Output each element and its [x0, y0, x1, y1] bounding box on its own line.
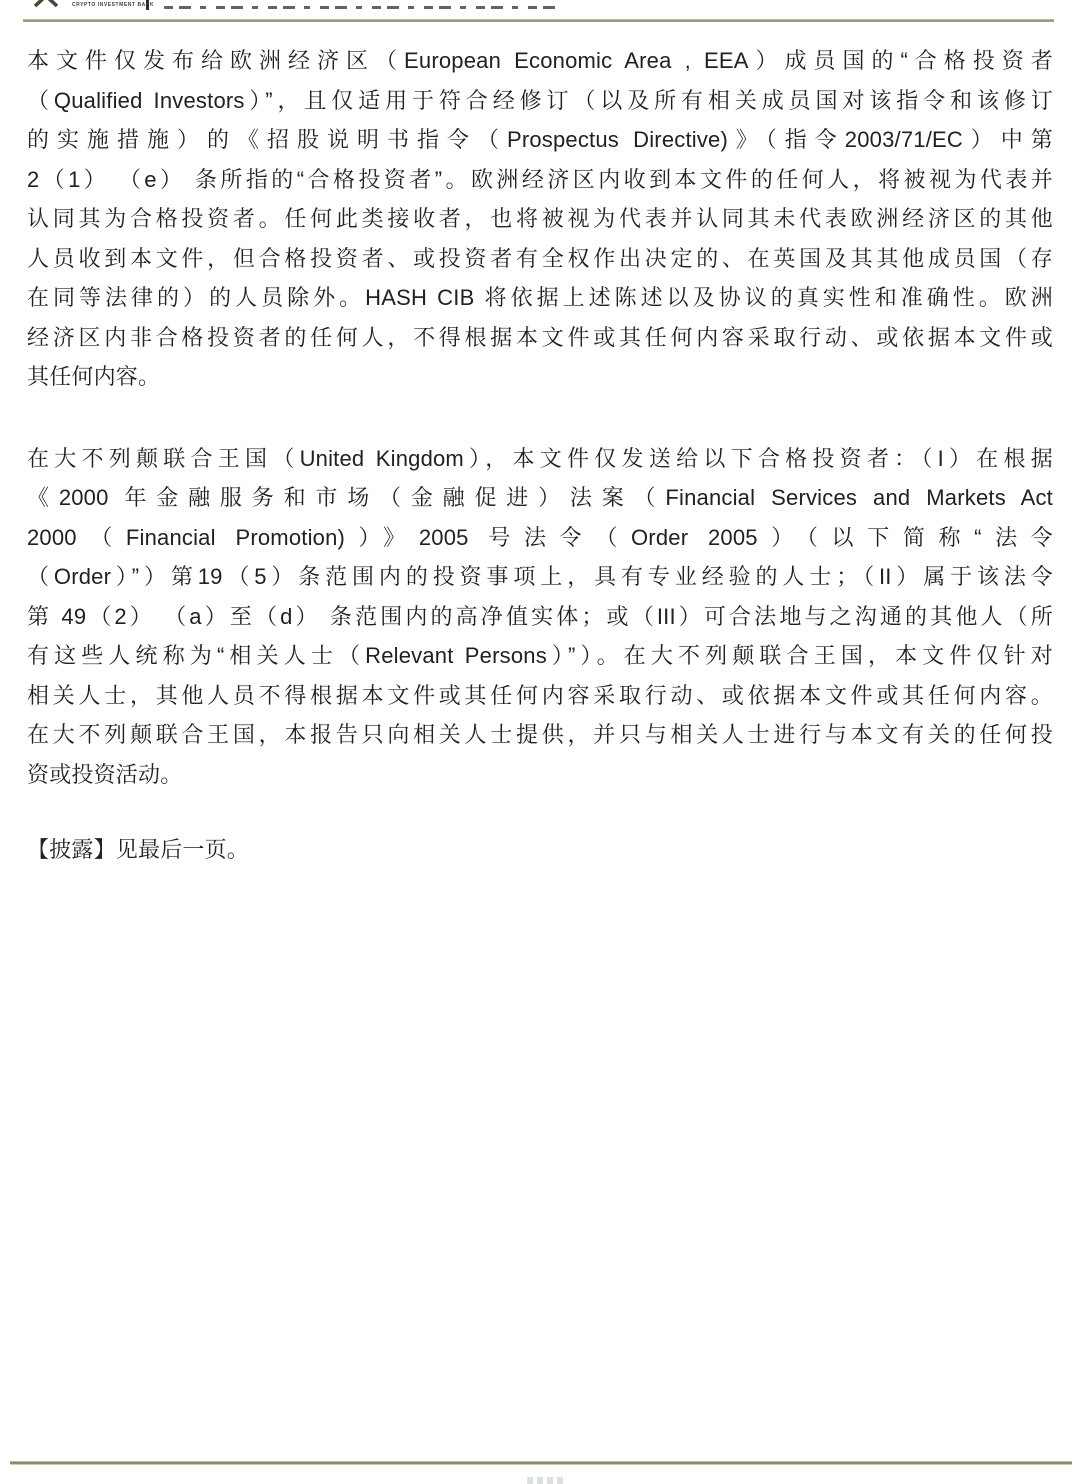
disclaimer-body: 本文件仅发布给欧洲经济区（European Economic Area , EE…	[27, 41, 1053, 870]
text-line: （Qualified Investors）”，且仅适用于符合经修订（以及所有相关…	[27, 81, 1053, 121]
text-line: 相关人士，其他人员不得根据本文件或其任何内容采取行动、或依据本文件或其任何内容。	[27, 676, 1053, 716]
text-line: 在大不列颠联合王国（United Kingdom），本文件仅发送给以下合格投资者…	[27, 439, 1053, 479]
text-line: （Order）”）第19（5）条范围内的投资事项上，具有专业经验的人士；（II）…	[27, 557, 1053, 597]
header-divider-bar	[146, 0, 149, 10]
paragraph-disclosure-note: 【披露】见最后一页。	[27, 830, 1053, 870]
text-line: 经济区内非合格投资者的任何人，不得根据本文件或其任何内容采取行动、或依据本文件或	[27, 318, 1053, 358]
text-line: 在同等法律的）的人员除外。HASH CIB 将依据上述陈述以及协议的真实性和准确…	[27, 278, 1053, 318]
paragraph-eea-disclaimer: 本文件仅发布给欧洲经济区（European Economic Area , EE…	[27, 41, 1053, 397]
text-line: 有这些人统称为“相关人士（Relevant Persons）”）。在大不列颠联合…	[27, 636, 1053, 676]
text-line: 本文件仅发布给欧洲经济区（European Economic Area , EE…	[27, 41, 1053, 81]
text-line: 资或投资活动。	[27, 755, 1053, 795]
text-line: 2（1） （e） 条所指的“合格投资者”。欧洲经济区内收到本文件的任何人，将被视…	[27, 160, 1053, 200]
header-title-clipped	[164, 6, 562, 9]
text-line: 【披露】见最后一页。	[27, 830, 1053, 870]
brand-subtitle: CRYPTO INVESTMENT BANK	[72, 2, 154, 8]
text-line: 认同其为合格投资者。任何此类接收者，也将被视为代表并认同其未代表欧洲经济区的其他	[27, 199, 1053, 239]
text-line: 人员收到本文件，但合格投资者、或投资者有全权作出决定的、在英国及其其他成员国（存	[27, 239, 1053, 279]
footer-text-clipped	[527, 1477, 567, 1484]
brand-logo-x-icon	[33, 0, 59, 8]
text-line: 的实施措施）的《招股说明书指令（Prospectus Directive)》（指…	[27, 120, 1053, 160]
text-line: 其任何内容。	[27, 357, 1053, 397]
text-line: 第 49（2） （a）至（d） 条范围内的高净值实体；或（III）可合法地与之沟…	[27, 597, 1053, 637]
text-line: 2000（Financial Promotion)）》2005 号法令（Orde…	[27, 518, 1053, 558]
footer-rule	[10, 1461, 1072, 1465]
text-line: 在大不列颠联合王国，本报告只向相关人士提供，并只与相关人士进行与本文有关的任何投	[27, 715, 1053, 755]
paragraph-uk-disclaimer: 在大不列颠联合王国（United Kingdom），本文件仅发送给以下合格投资者…	[27, 439, 1053, 795]
header-rule	[23, 19, 1054, 22]
text-line: 《2000 年金融服务和市场（金融促进）法案（Financial Service…	[27, 478, 1053, 518]
